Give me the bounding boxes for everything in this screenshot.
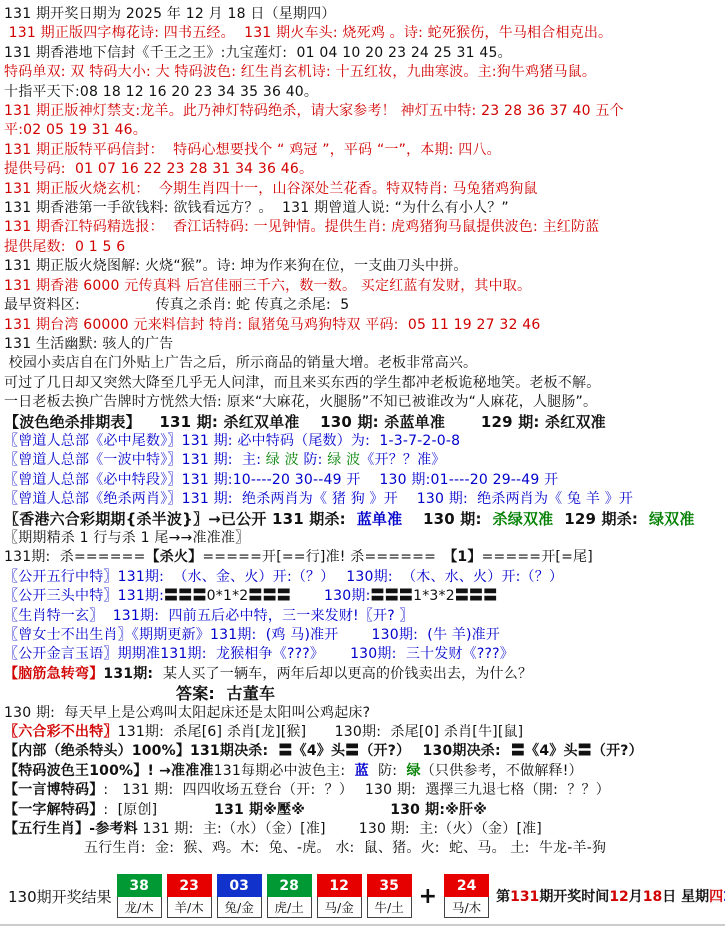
text-line: 〖六合彩不出特〗131期: 杀尾[6] 杀肖[龙][猴] 130期: 杀尾[0]… [4, 723, 723, 742]
text-line: 131 期香港地下信封《千王之王》:九宝莲灯: 01 04 10 20 23 2… [4, 44, 723, 63]
next-draw-segment: 月 [629, 889, 643, 905]
text-segment: 蓝 [355, 763, 369, 779]
ball-zodiac-element: 牛/土 [367, 897, 412, 918]
text-segment: 答案: 古董车 [176, 684, 275, 703]
text-segment: 131期: 杀尾[6] 杀肖[龙][猴] 130期: 杀尾[0] 杀肖[牛][鼠… [118, 724, 524, 740]
text-segment: 最早资料区: 传真之杀肖: 蛇 传真之杀尾: 5 [4, 297, 349, 313]
text-segment: 130 期:※肝※ [390, 802, 487, 818]
text-segment: 【一字解特码】 [4, 802, 103, 818]
text-line: 十指平天下:08 18 12 16 20 23 34 35 36 40。 [4, 83, 723, 102]
text-segment: 131期: 杀====== [4, 549, 146, 565]
result-ball: 28虎/土 [267, 874, 312, 918]
text-line: 〖曾道人总部《必中尾数》〗131 期: 必中特码（尾数）为: 1-3-7-2-0… [4, 432, 723, 451]
text-segment: 【一言博特码】 [4, 782, 103, 798]
text-segment: 绿双准 [649, 510, 695, 528]
plus-sign: + [417, 884, 439, 909]
text-segment: 〖期期精杀 1 行与杀 1 尾→→准准准〗 [4, 530, 249, 546]
text-segment: 平:02 05 19 31 46。 [4, 122, 147, 138]
text-segment: 特码单双: 双 特码大小: 大 特码波色: 红生肖玄机诗: 十五红妆，九曲寒波。… [4, 64, 596, 80]
text-line: 最早资料区: 传真之杀肖: 蛇 传真之杀尾: 5 [4, 296, 723, 315]
text-line: 〖公开五行中特〗131期: （水、金、火）开:（？） 130期: （木、水、火）… [4, 568, 723, 587]
text-segment: 〖六合彩不出特〗 [4, 724, 118, 740]
text-segment: : 131 期: 四四收场五登台（开: ？） 130 期: 選擇三九退七格（開:… [103, 782, 610, 798]
text-segment: 提供号码: 01 07 16 22 23 28 31 34 36 46。 [4, 161, 313, 177]
text-line: 特码单双: 双 特码大小: 大 特码波色: 红生肖玄机诗: 十五红妆，九曲寒波。… [4, 63, 723, 82]
text-segment: 【杀火】 [146, 549, 203, 565]
ball-zodiac-element: 虎/土 [267, 897, 312, 918]
next-draw-segment: 期开奖时间 [539, 889, 609, 905]
text-segment: 131 期香港 6000 元传真料 后宫佳丽三千六，数一数。 买定红蓝有发财，其… [4, 278, 531, 294]
text-line: 〖生肖特一玄〗 131期: 四前五后必中特，三一来发财!〖开? 〗 [4, 607, 723, 626]
text-line: 【五行生肖】-参考料 131 期: 主:（水）（金）[准] 130 期: 主:（… [4, 820, 723, 839]
text-line: 131期: 杀======【杀火】=====开[==行]准! 杀====== 【… [4, 548, 723, 567]
ball-number: 38 [117, 874, 162, 897]
text-segment: 〓〓〓 [455, 588, 498, 604]
text-line: 【脑筋急转弯】131期: 某人买了一辆车，两年后却以更高的价钱卖出去，为什么？ [4, 665, 723, 684]
text-segment: 提供尾数: 0 1 5 6 [4, 239, 125, 255]
text-segment: 【波色绝杀排期表】 131 期: 杀红双单准 130 期: 杀蓝单准 129 期… [4, 413, 606, 431]
text-segment: 〖曾道人总部《一波中特》〗131 期: 主: [4, 452, 266, 468]
text-segment: 0*1*2 [207, 588, 249, 604]
text-line: 130 期: 每天早上是公鸡叫太阳起床还是太阳叫公鸡起床? [4, 704, 723, 723]
text-line: 〖香港六合彩期期{杀半波}〗→已公开 131 期杀: 蓝单准 130 期: 杀绿… [4, 510, 723, 529]
ball-zodiac-element: 马/金 [317, 897, 362, 918]
text-segment: 131 期正版神灯禁支:龙羊。此乃神灯特码绝杀，请大家参考！ 神灯五中特: 23… [4, 103, 624, 119]
text-line: 131 期正版火烧玄机： 今期生肖四十一，山谷深处兰花香。特双特肖: 马兔猪鸡狗… [4, 180, 723, 199]
result-ball: 24马/木 [444, 874, 489, 918]
next-draw-segment: 18 [643, 889, 662, 905]
text-segment: 131 期台湾 60000 元来料信封 特肖: 鼠猪兔马鸡狗特双 平码: 05 … [4, 317, 540, 333]
lottery-info-page: 131 期开奖日期为 2025 年 12 月 18 日（星期四） 131 期正版… [0, 0, 725, 936]
text-segment: 130 期: 每天早上是公鸡叫太阳起床还是太阳叫公鸡起床? [4, 705, 370, 721]
ball-number: 24 [444, 874, 489, 897]
text-segment: 杀绿双准 [493, 510, 554, 528]
text-segment: 131每期必中波色主: [214, 763, 355, 779]
ball-number: 28 [267, 874, 312, 897]
text-line: 〖曾道人总部《一波中特》〗131 期: 主: 绿 波 防: 绿 波《开？？准》 [4, 451, 723, 470]
text-line: 【一言博特码】: 131 期: 四四收场五登台（开: ？） 130 期: 選擇三… [4, 781, 723, 800]
text-segment: 防: [369, 763, 407, 779]
next-draw-segment: 四 [709, 889, 723, 905]
result-ball: 23羊/木 [167, 874, 212, 918]
text-segment: 131 期香港地下信封《千王之王》:九宝莲灯: 01 04 10 20 23 2… [4, 45, 512, 61]
next-draw-segment: 131 [510, 889, 539, 905]
text-segment: 131 生活幽默: 骇人的广告 [4, 336, 173, 352]
text-segment: 某人买了一辆车，两年后却以更高的价钱卖出去，为什么？ [158, 666, 532, 682]
text-line: 131 期正版神灯禁支:龙羊。此乃神灯特码绝杀，请大家参考！ 神灯五中特: 23… [4, 102, 723, 121]
ball-number: 35 [367, 874, 412, 897]
text-segment: 〖公开五行中特〗131期: （水、金、火）开:（？） 130期: （木、水、火）… [4, 569, 563, 585]
text-line: 〖期期精杀 1 行与杀 1 尾→→准准准〗 [4, 529, 723, 548]
text-line: 131 期香港第一手欲钱料: 欲钱看远方？。 131 期曾道人说: “为什么有小… [4, 199, 723, 218]
text-line: 131 期台湾 60000 元来料信封 特肖: 鼠猪兔马鸡狗特双 平码: 05 … [4, 316, 723, 335]
text-segment: 131 期正版火烧玄机： 今期生肖四十一，山谷深处兰花香。特双特肖: 马兔猪鸡狗… [4, 181, 538, 197]
text-segment: 〖曾道人总部《必中特段》〗131 期:10----20 30--49 开 130… [4, 472, 558, 488]
ball-zodiac-element: 羊/木 [167, 897, 212, 918]
text-line: 可过了几日却又突然大降至几乎无人问津，而且来买东西的学生都冲老板诡秘地笑。老板不… [4, 374, 723, 393]
text-line: 提供尾数: 0 1 5 6 [4, 238, 723, 257]
text-segment: 〖曾道人总部《绝杀两肖》〗131 期: 绝杀两肖为《 猪 狗 》开 130 期:… [4, 491, 633, 507]
text-segment: 129 期杀: [553, 510, 649, 528]
text-segment: : [原创] [103, 802, 214, 818]
text-segment: 131 期正版四字梅花诗: 四书五经。 131 期火车头: 烧死鸡 。诗: 蛇死… [4, 25, 612, 41]
text-line: 平:02 05 19 31 46。 [4, 121, 723, 140]
text-segment: 〖曾道人总部《必中尾数》〗131 期: 必中特码（尾数）为: 1-3-7-2-0… [4, 433, 460, 449]
text-segment: =====开[==行]准! 杀====== [202, 549, 450, 565]
text-segment: 〓〓〓 [248, 588, 291, 604]
text-line: 〖公开三头中特〗131期:〓〓〓0*1*2〓〓〓 130期:〓〓〓1*3*2〓〓… [4, 587, 723, 606]
result-balls: 38龙/木23羊/木03兔/金28虎/土12马/金35牛/土+24马/木 [117, 874, 489, 918]
text-line: 【波色绝杀排期表】 131 期: 杀红双单准 130 期: 杀蓝单准 129 期… [4, 413, 723, 432]
content-lines: 131 期开奖日期为 2025 年 12 月 18 日（星期四） 131 期正版… [0, 0, 725, 859]
text-segment: 1*3*2 [413, 588, 455, 604]
text-segment: 〖香港六合彩期期{杀半波}〗→已公开 131 期杀: [4, 510, 357, 528]
text-line: 131 期正版四字梅花诗: 四书五经。 131 期火车头: 烧死鸡 。诗: 蛇死… [4, 24, 723, 43]
text-line: 〖公开金言玉语〗期期准131期: 龙猴相争《???》 130期: 三十发财《??… [4, 645, 723, 664]
text-line: 〖曾女士不出生肖〗《期期更新》131期: (鸡 马)准开 130期: (牛 羊)… [4, 626, 723, 645]
text-line: 五行生肖: 金: 猴、鸡。木: 兔、-虎。 水: 鼠、猪。火: 蛇、马。 土: … [4, 839, 723, 858]
ball-zodiac-element: 龙/木 [117, 897, 162, 918]
text-segment: 131期: [103, 666, 158, 682]
result-ball: 35牛/土 [367, 874, 412, 918]
next-draw-segment: 日 星期 [662, 889, 709, 905]
text-segment: 130 期: [402, 510, 492, 528]
text-line: 131 期开奖日期为 2025 年 12 月 18 日（星期四） [4, 5, 723, 24]
text-segment: 131 期香江特码精选报： 香江话特码: 一见钟情。提供生肖: 虎鸡猪狗马鼠提供… [4, 219, 599, 235]
text-segment: （只供参考，不做解释!） [421, 763, 583, 779]
text-segment: 131 期※壓※ [214, 802, 305, 818]
ball-zodiac-element: 马/木 [444, 897, 489, 918]
text-segment: 绿 [407, 763, 421, 779]
result-ball: 03兔/金 [217, 874, 262, 918]
next-draw-segment: 第 [496, 889, 510, 905]
result-ball: 38龙/木 [117, 874, 162, 918]
text-segment: 可过了几日却又突然大降至几乎无人问津，而且来买东西的学生都冲老板诡秘地笑。老板不… [4, 375, 600, 391]
text-segment: 【1】 [450, 549, 481, 565]
ball-number: 12 [317, 874, 362, 897]
text-segment: 〖公开金言玉语〗期期准131期: 龙猴相争《???》 130期: 三十发财《??… [4, 646, 514, 662]
result-ball: 12马/金 [317, 874, 362, 918]
text-segment: 【五行生肖】-参考料 [4, 821, 138, 837]
text-line: 131 期正版火烧图解: 火烧“猴”。诗: 坤为作来狗在位，一支曲刀头中拼。 [4, 257, 723, 276]
next-draw-info: 第131期开奖时间12月18日 星期四21:30 [494, 886, 725, 906]
text-segment: 防: [299, 452, 327, 468]
text-segment: 131 期正版特平码信封： 特码心想要找个 “ 鸡冠 ”，平码 “一”，本期: … [4, 142, 501, 158]
text-segment: 〓〓〓 [371, 588, 414, 604]
text-segment: 131 期开奖日期为 2025 年 12 月 18 日（星期四） [4, 6, 336, 22]
text-line: 131 期香港 6000 元传真料 后宫佳丽三千六，数一数。 买定红蓝有发财，其… [4, 277, 723, 296]
text-segment: 131 期正版火烧图解: 火烧“猴”。诗: 坤为作来狗在位，一支曲刀头中拼。 [4, 258, 468, 274]
text-segment: 130期: [291, 588, 371, 604]
text-line: 提供号码: 01 07 16 22 23 28 31 34 36 46。 [4, 160, 723, 179]
text-line: 〖曾道人总部《必中特段》〗131 期:10----20 30--49 开 130… [4, 471, 723, 490]
text-segment: 〖生肖特一玄〗 131期: 四前五后必中特，三一来发财!〖开? 〗 [4, 608, 414, 624]
text-segment: 五行生肖: 金: 猴、鸡。木: 兔、-虎。 水: 鼠、猪。火: 蛇、马。 土: … [84, 840, 606, 856]
text-line: 答案: 古董车 [4, 684, 723, 703]
text-segment [305, 802, 390, 818]
text-segment: 〖曾女士不出生肖〗《期期更新》131期: (鸡 马)准开 130期: (牛 羊)… [4, 627, 500, 643]
next-draw-segment: 12 [609, 889, 628, 905]
ball-zodiac-element: 兔/金 [217, 897, 262, 918]
text-line: 一日老板去换广告牌时方恍然大悟: 原来“大麻花，火腿肠”不知已被谁改为“人麻花，… [4, 393, 723, 412]
text-segment: 校园小卖店自在门外贴上广告之后，所示商品的销量大增。老板非常高兴。 [4, 355, 477, 371]
text-segment: 【特码波色王100%】! →准准准 [4, 763, 214, 779]
text-segment: 十指平天下:08 18 12 16 20 23 34 35 36 40。 [4, 84, 318, 100]
text-segment: 蓝单准 [357, 510, 403, 528]
text-segment: 《开？？准》 [360, 452, 445, 468]
text-line: 131 期正版特平码信封： 特码心想要找个 “ 鸡冠 ”，平码 “一”，本期: … [4, 141, 723, 160]
text-segment: 【脑筋急转弯】 [4, 666, 103, 682]
text-segment: 131 期香港第一手欲钱料: 欲钱看远方？。 131 期曾道人说: “为什么有小… [4, 200, 509, 216]
result-bar: 130期开奖结果 38龙/木23羊/木03兔/金28虎/土12马/金35牛/土+… [0, 871, 725, 926]
text-segment: =====开[=尾] [482, 549, 593, 565]
text-line: 【特码波色王100%】! →准准准131每期必中波色主: 蓝 防: 绿（只供参考… [4, 762, 723, 781]
text-line: 131 生活幽默: 骇人的广告 [4, 335, 723, 354]
text-segment: 绿 波 [327, 452, 360, 468]
text-segment: 绿 波 [266, 452, 299, 468]
text-line: 【内部（绝杀特头）100%】131期决杀: 〓《4》头〓（开?） 130期决杀:… [4, 742, 723, 761]
text-line: 校园小卖店自在门外贴上广告之后，所示商品的销量大增。老板非常高兴。 [4, 354, 723, 373]
result-bar-label: 130期开奖结果 [8, 886, 112, 907]
text-segment: 〓〓〓 [164, 588, 207, 604]
ball-number: 03 [217, 874, 262, 897]
text-line: 131 期香江特码精选报： 香江话特码: 一见钟情。提供生肖: 虎鸡猪狗马鼠提供… [4, 218, 723, 237]
text-line: 【一字解特码】: [原创] 131 期※壓※ 130 期:※肝※ [4, 801, 723, 820]
text-segment: 【内部（绝杀特头）100%】131期决杀: 〓《4》头〓（开?） 130期决杀:… [4, 743, 643, 759]
text-line: 〖曾道人总部《绝杀两肖》〗131 期: 绝杀两肖为《 猪 狗 》开 130 期:… [4, 490, 723, 509]
text-segment: 131 期: 主:（水）（金）[准] 130 期: 主:（火）（金）[准] [138, 821, 542, 837]
ball-number: 23 [167, 874, 212, 897]
text-segment: 一日老板去换广告牌时方恍然大悟: 原来“大麻花，火腿肠”不知已被谁改为“人麻花，… [4, 394, 597, 410]
text-segment: 〖公开三头中特〗131期: [4, 588, 164, 604]
